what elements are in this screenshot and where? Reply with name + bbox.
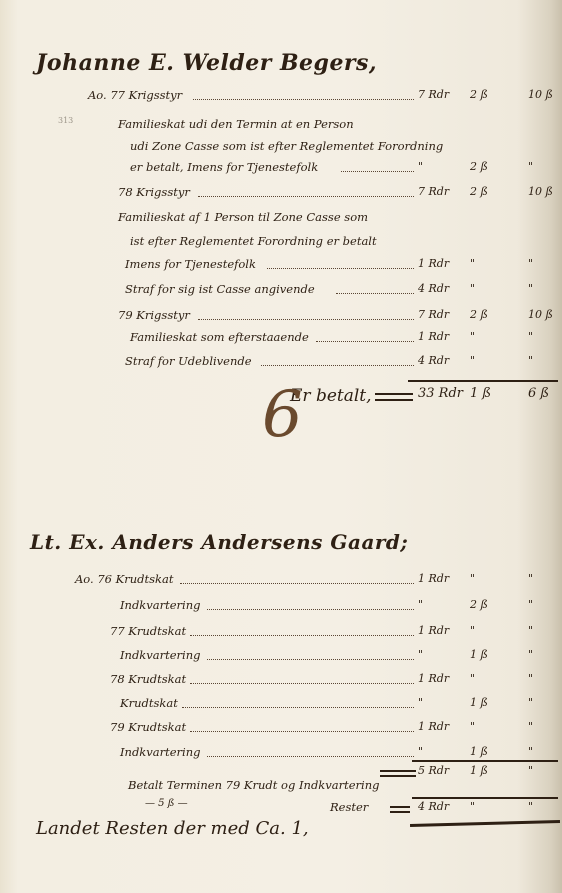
entry-label: 79 Krigsstyr (118, 308, 190, 322)
section2-subtotal-label: Betalt Terminen 79 Krudt og Indkvarterin… (128, 778, 380, 792)
section2-subtotal-rd: 5 Rdr (418, 764, 458, 777)
entry-amount-mk: 2 ß (470, 160, 510, 173)
ledger-page: 313 Johanne E. Welder Begers, Ao. 77 Kri… (0, 0, 562, 893)
leader-dots (182, 707, 414, 708)
leader-dots (341, 171, 414, 172)
double-rule (375, 393, 413, 395)
entry-label: Familieskat som efterstaaende (130, 330, 309, 344)
entry-amount-rd: 4 Rdr (418, 282, 458, 295)
section2-subtotal-rule (412, 760, 558, 762)
section1-total-sk: 6 ß (528, 386, 558, 401)
entry-label: Ao. 76 Krudtskat (75, 572, 173, 586)
double-rule (375, 399, 413, 401)
entry-label: 79 Krudtskat (110, 720, 186, 734)
entry-amount-rd: 7 Rdr (418, 308, 458, 321)
entry-amount-mk: 1 ß (470, 648, 510, 661)
entry-amount-mk: " (470, 257, 510, 270)
double-rule (380, 770, 416, 772)
leader-dots (207, 659, 414, 660)
entry-amount-rd: 7 Rdr (418, 88, 458, 101)
section2-rest-mk: " (470, 800, 510, 813)
leader-dots (190, 635, 414, 636)
entry-amount-sk: " (528, 648, 558, 661)
entry-amount-rd: " (418, 696, 458, 709)
leader-dots (336, 293, 414, 294)
entry-amount-mk: " (470, 672, 510, 685)
entry-label: Indkvartering (120, 598, 201, 612)
entry-label: udi Zone Casse som ist efter Reglementet… (130, 139, 443, 153)
entry-amount-sk: " (528, 745, 558, 758)
entry-amount-sk: " (528, 257, 558, 270)
section2-subtotal-mk: 1 ß (470, 764, 510, 777)
entry-amount-sk: " (528, 160, 558, 173)
rest-prefix: — 5 ß — (145, 798, 188, 809)
entry-label: Straf for Udeblivende (125, 354, 252, 368)
leader-dots (190, 683, 414, 684)
entry-amount-mk: 1 ß (470, 745, 510, 758)
entry-amount-mk: 2 ß (470, 88, 510, 101)
leader-dots (207, 756, 414, 757)
entry-amount-rd: " (418, 160, 458, 173)
entry-label: Straf for sig ist Casse angivende (125, 282, 315, 296)
entry-label: 77 Krudtskat (110, 624, 186, 638)
section2-rest-label: Rester (330, 800, 368, 814)
entry-amount-sk: " (528, 720, 558, 733)
entry-amount-sk: " (528, 696, 558, 709)
leader-dots (198, 319, 414, 320)
entry-amount-sk: 10 ß (528, 88, 558, 101)
entry-amount-sk: " (528, 624, 558, 637)
entry-amount-mk: " (470, 354, 510, 367)
leader-dots (198, 196, 414, 197)
entry-amount-rd: 7 Rdr (418, 185, 458, 198)
check-mark-six: 6 (262, 378, 303, 452)
double-rule (390, 811, 410, 813)
rest-bottom-rule (410, 820, 560, 826)
closing-line: Landet Resten der med Ca. 1, (36, 818, 309, 839)
leader-dots (267, 268, 414, 269)
leader-dots (316, 341, 414, 342)
margin-folio-number: 313 (58, 116, 73, 125)
entry-amount-rd: " (418, 745, 458, 758)
entry-amount-rd: 1 Rdr (418, 257, 458, 270)
section2-rest-rd: 4 Rdr (418, 800, 458, 813)
section2-heading: Lt. Ex. Anders Andersens Gaard; (30, 530, 408, 554)
entry-label: 78 Krudtskat (110, 672, 186, 686)
entry-label: Familieskat af 1 Person til Zone Casse s… (118, 210, 368, 224)
entry-amount-sk: " (528, 282, 558, 295)
entry-amount-rd: 1 Rdr (418, 720, 458, 733)
entry-amount-sk: " (528, 330, 558, 343)
entry-amount-mk: " (470, 572, 510, 585)
entry-label: er betalt, Imens for Tjenestefolk (130, 160, 318, 174)
entry-amount-mk: " (470, 330, 510, 343)
entry-amount-rd: 1 Rdr (418, 672, 458, 685)
leader-dots (261, 365, 414, 366)
double-rule (380, 775, 416, 777)
section2-rest-sk: " (528, 800, 558, 813)
entry-amount-rd: 1 Rdr (418, 330, 458, 343)
entry-amount-rd: " (418, 648, 458, 661)
section1-total-rule (408, 380, 558, 382)
entry-label: 78 Krigsstyr (118, 185, 190, 199)
section2-subtotal-sk: " (528, 764, 558, 777)
entry-label: Indkvartering (120, 648, 201, 662)
entry-amount-mk: 2 ß (470, 308, 510, 321)
entry-label: Ao. 77 Krigsstyr (88, 88, 182, 102)
leader-dots (207, 609, 414, 610)
section1-total-rd: 33 Rdr (418, 386, 458, 401)
entry-amount-mk: 1 ß (470, 696, 510, 709)
entry-label: Krudtskat (120, 696, 178, 710)
entry-amount-mk: " (470, 720, 510, 733)
entry-amount-rd: 1 Rdr (418, 572, 458, 585)
entry-amount-sk: " (528, 672, 558, 685)
leader-dots (193, 99, 414, 100)
entry-amount-mk: " (470, 624, 510, 637)
entry-amount-sk: " (528, 598, 558, 611)
entry-amount-sk: " (528, 354, 558, 367)
entry-amount-mk: 2 ß (470, 185, 510, 198)
entry-amount-mk: 2 ß (470, 598, 510, 611)
double-rule (390, 806, 410, 808)
entry-amount-rd: " (418, 598, 458, 611)
entry-amount-mk: " (470, 282, 510, 295)
entry-amount-sk: 10 ß (528, 185, 558, 198)
entry-label: ist efter Reglementet Forordning er beta… (130, 234, 377, 248)
leader-dots (190, 731, 414, 732)
section1-heading: Johanne E. Welder Begers, (36, 50, 377, 76)
entry-amount-sk: 10 ß (528, 308, 558, 321)
entry-label: Imens for Tjenestefolk (125, 257, 256, 271)
leader-dots (180, 583, 414, 584)
rest-top-rule (412, 797, 558, 799)
entry-amount-rd: 4 Rdr (418, 354, 458, 367)
entry-amount-rd: 1 Rdr (418, 624, 458, 637)
entry-amount-sk: " (528, 572, 558, 585)
entry-label: Familieskat udi den Termin at en Person (118, 117, 354, 131)
section1-total-mk: 1 ß (470, 386, 510, 401)
entry-label: Indkvartering (120, 745, 201, 759)
